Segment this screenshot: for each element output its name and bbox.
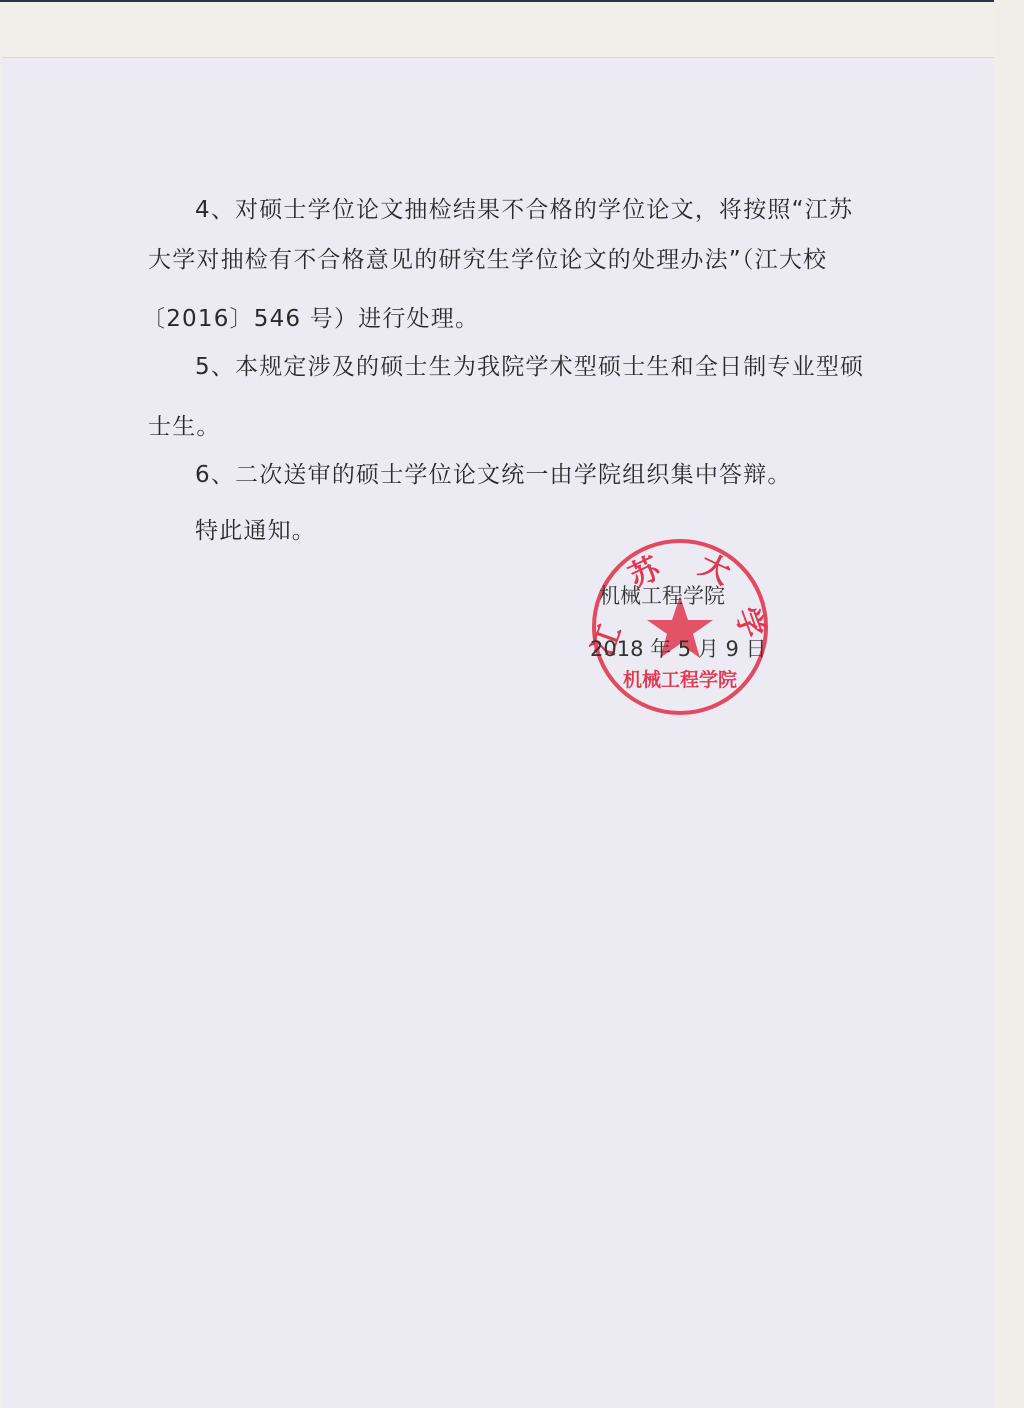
text-line: 5、本规定涉及的硕士生为我院学术型硕士生和全日制专业型硕: [195, 348, 864, 381]
text-line: 6、二次送审的硕士学位论文统一由学院组织集中答辩。: [195, 456, 792, 489]
text-line: 4、对硕士学位论文抽检结果不合格的学位论文，将按照“江苏: [195, 191, 853, 224]
text-line: 〔2016〕546 号）进行处理。: [142, 300, 479, 333]
text-line: 士生。: [148, 408, 221, 441]
document-page: 4、对硕士学位论文抽检结果不合格的学位论文，将按照“江苏 大学对抽检有不合格意见…: [2, 57, 994, 1408]
signature-date: 2018 年 5 月 9 日: [590, 633, 767, 663]
text-line: 特此通知。: [195, 512, 316, 545]
scanner-bed-top: [0, 0, 1024, 57]
signature-organization: 机械工程学院: [599, 580, 725, 610]
scanner-bed-right: [994, 0, 1024, 1408]
seal-bottom-text: 机械工程学院: [623, 668, 737, 691]
official-seal-stamp: 江 苏 大 学 机械工程学院: [589, 536, 771, 718]
text-line: 大学对抽检有不合格意见的研究生学位论文的处理办法”（江大校: [148, 241, 827, 274]
